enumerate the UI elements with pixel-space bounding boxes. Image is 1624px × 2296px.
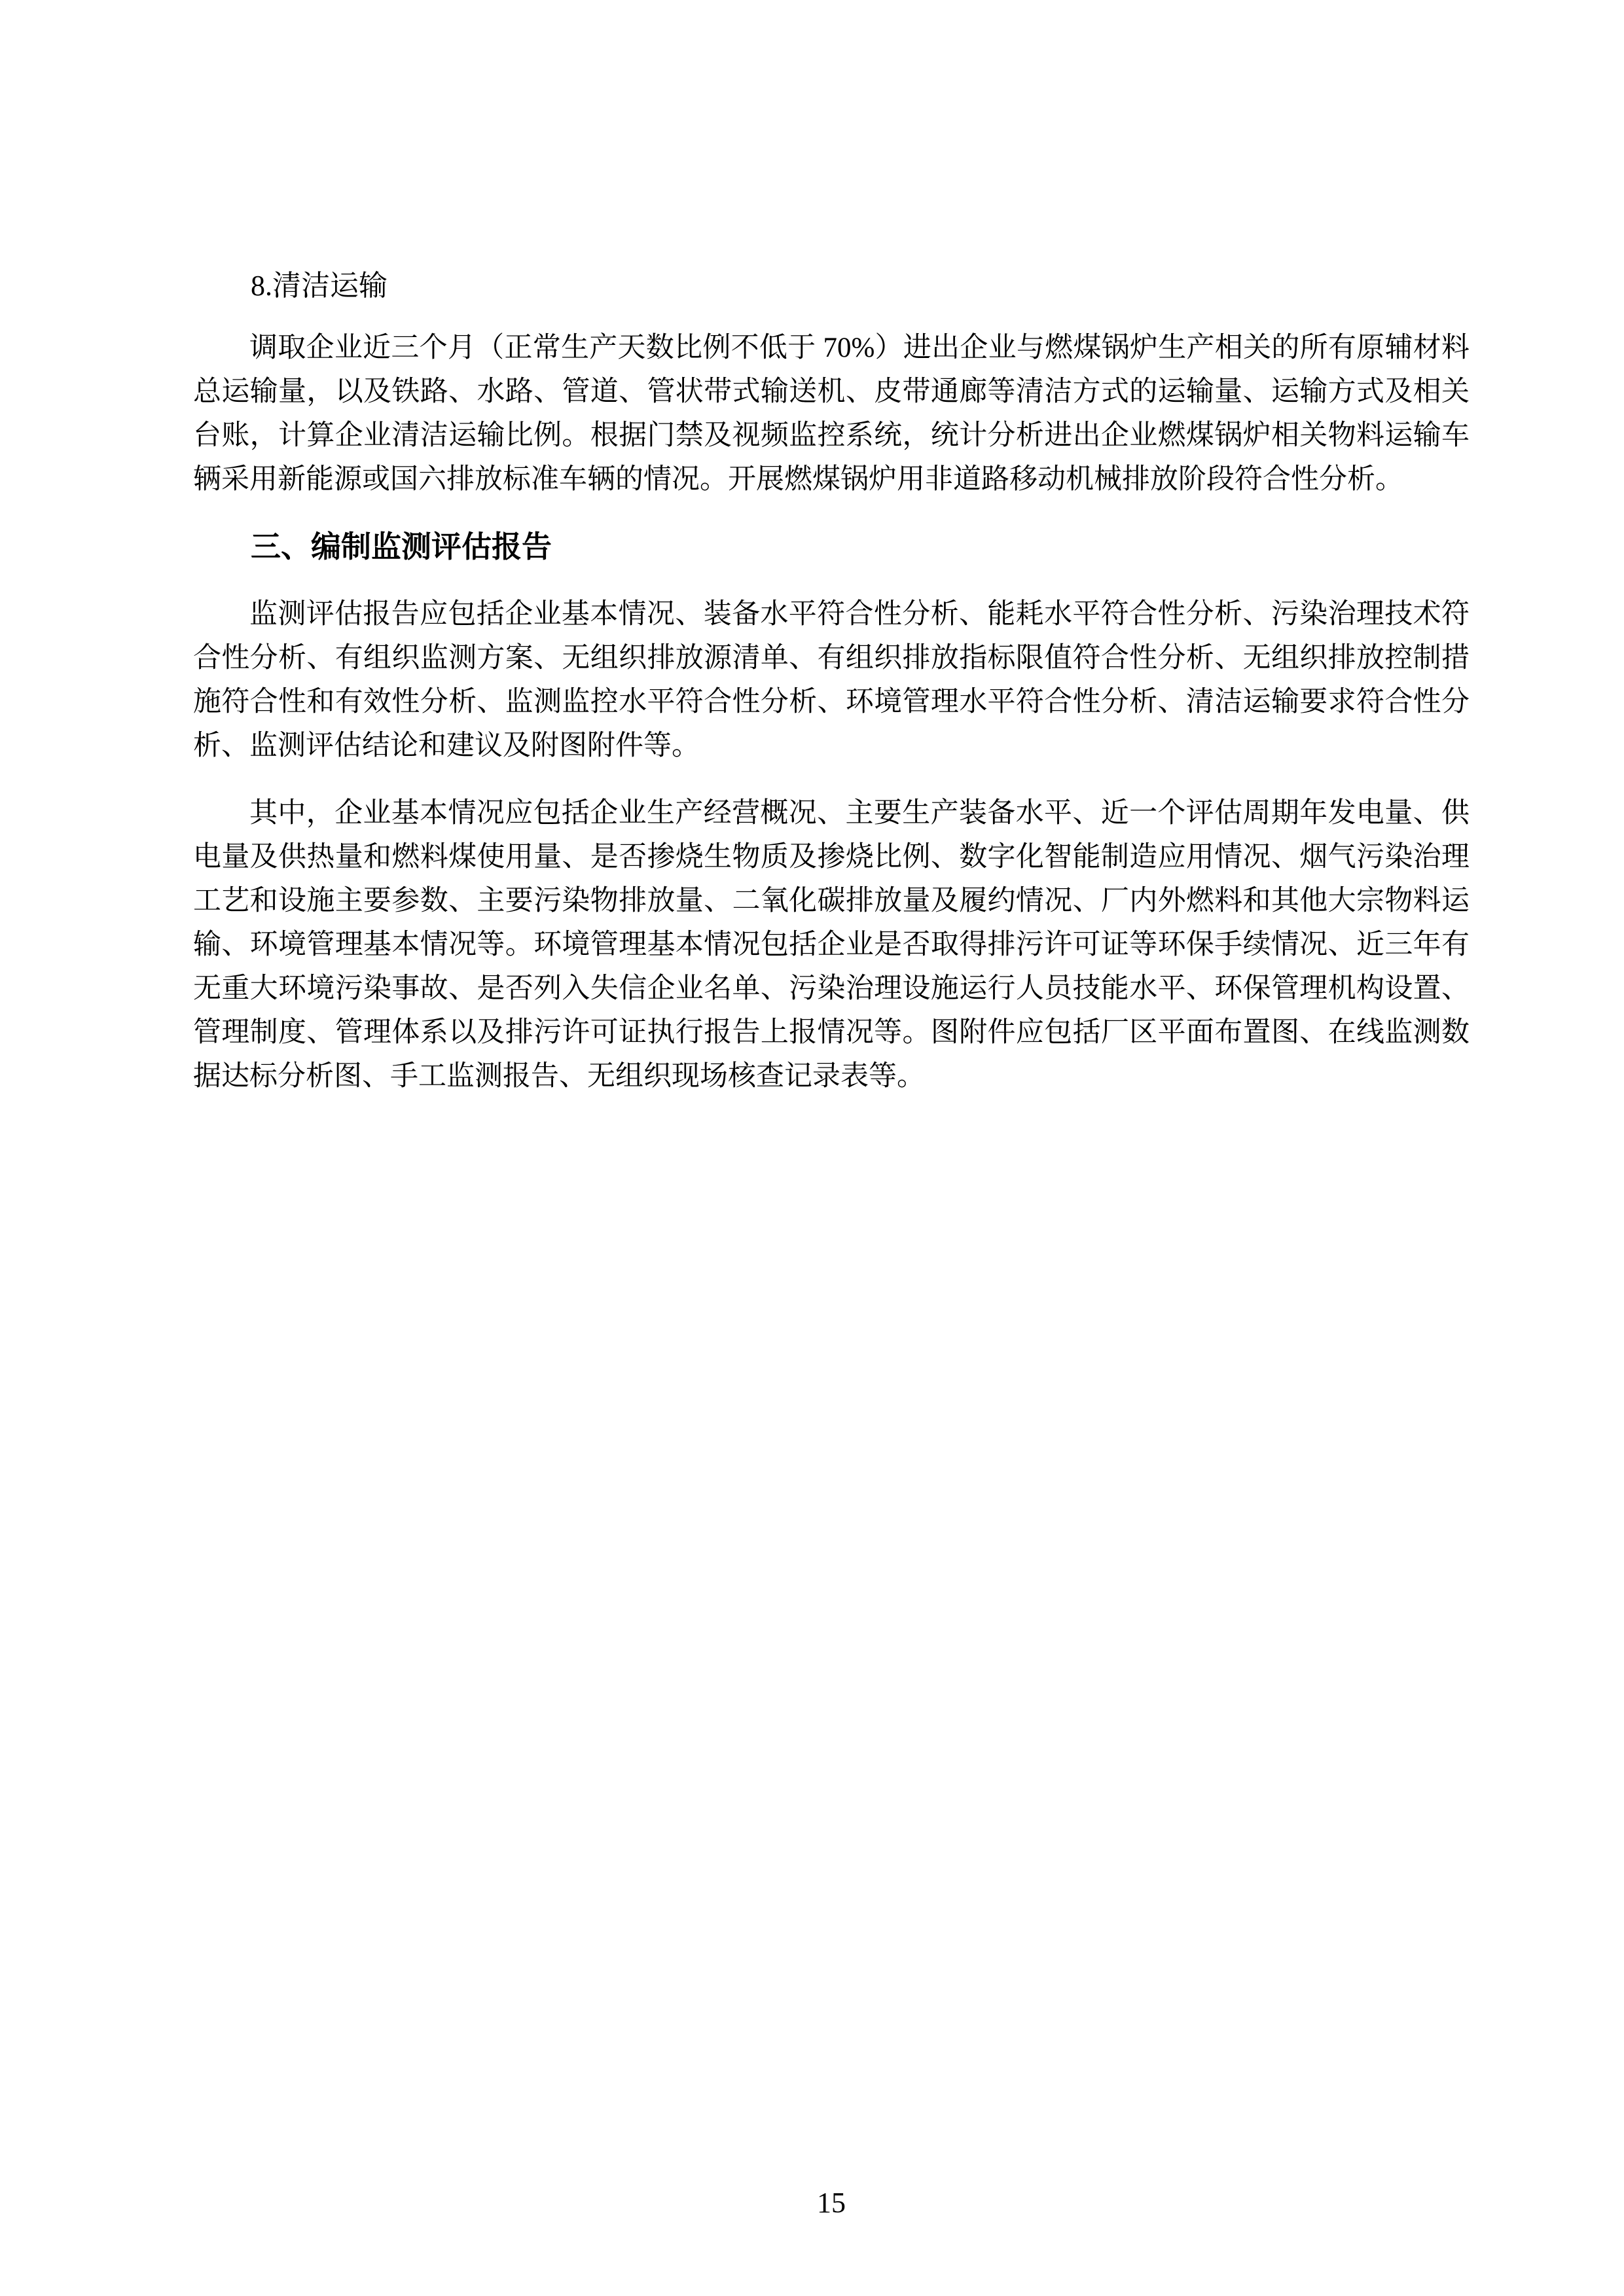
subheading-clean-transport: 8.清洁运输 bbox=[193, 264, 1470, 308]
page-number: 15 bbox=[193, 2186, 1470, 2220]
paragraph-clean-transport-details: 调取企业近三个月（正常生产天数比例不低于 70%）进出企业与燃煤锅炉生产相关的所… bbox=[193, 326, 1470, 501]
paragraph-report-contents: 监测评估报告应包括企业基本情况、装备水平符合性分析、能耗水平符合性分析、污染治理… bbox=[193, 592, 1470, 768]
heading-compile-monitoring-report: 三、编制监测评估报告 bbox=[193, 525, 1470, 569]
document-body: 8.清洁运输 调取企业近三个月（正常生产天数比例不低于 70%）进出企业与燃煤锅… bbox=[193, 264, 1470, 1122]
document-page: 8.清洁运输 调取企业近三个月（正常生产天数比例不低于 70%）进出企业与燃煤锅… bbox=[0, 0, 1624, 2296]
paragraph-enterprise-basic-info: 其中，企业基本情况应包括企业生产经营概况、主要生产装备水平、近一个评估周期年发电… bbox=[193, 791, 1470, 1098]
